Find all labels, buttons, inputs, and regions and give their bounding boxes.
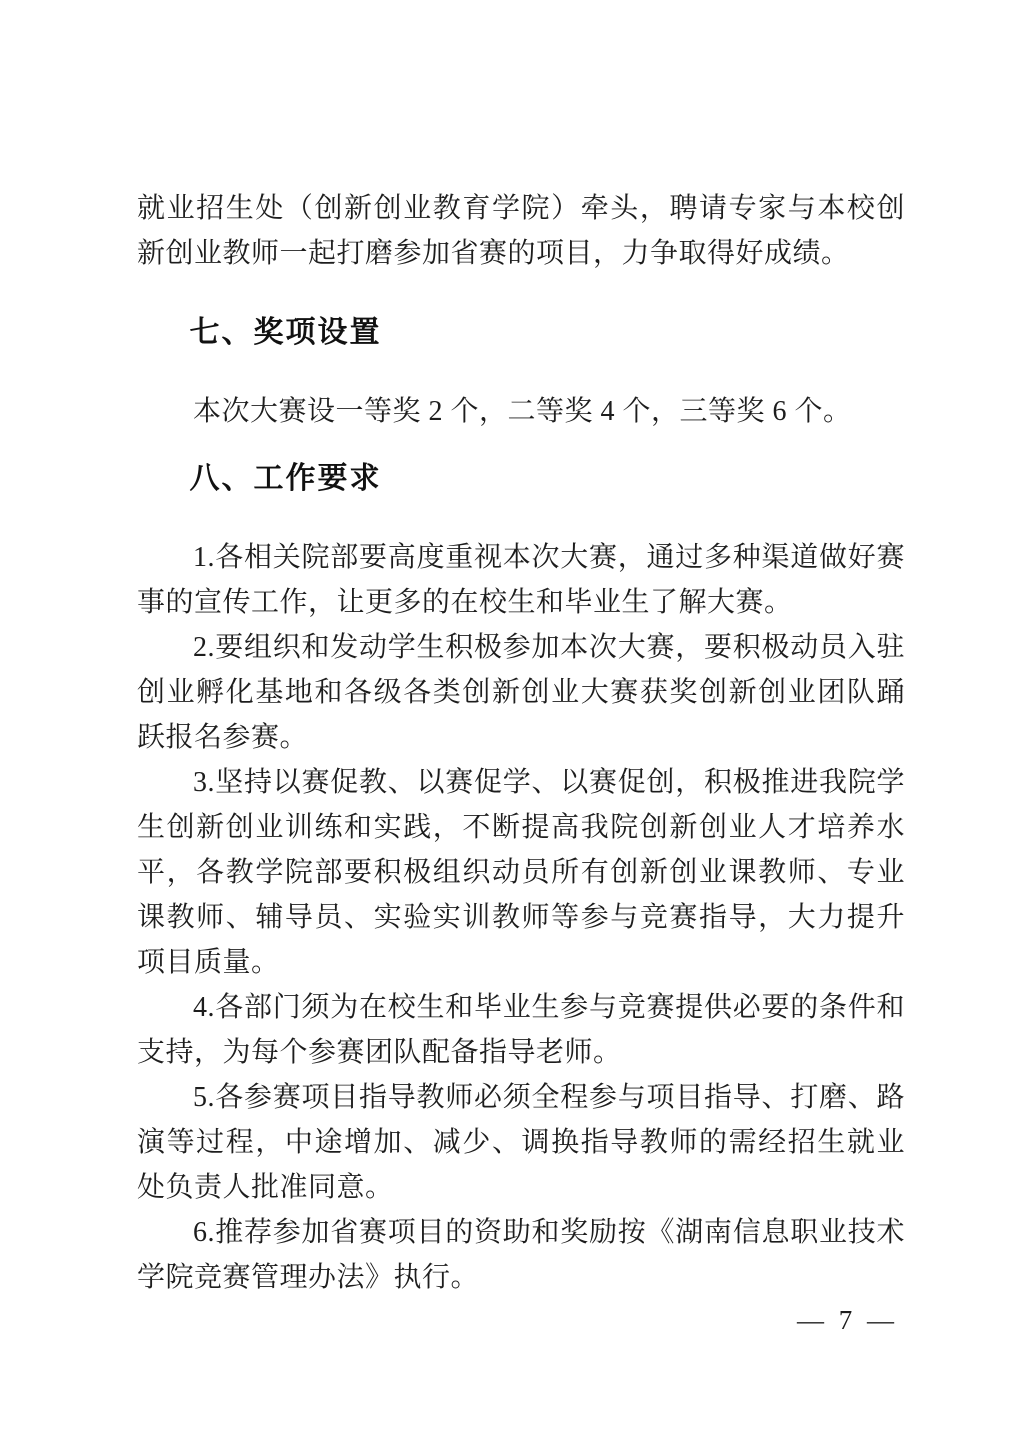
work-requirement-item-3: 3.坚持以赛促教、以赛促学、以赛促创，积极推进我院学生创新创业训练和实践，不断提… <box>137 760 905 985</box>
work-requirement-item-5: 5.各参赛项目指导教师必须全程参与项目指导、打磨、路演等过程，中途增加、减少、调… <box>137 1075 905 1210</box>
section7-body-paragraph: 本次大赛设一等奖 2 个，二等奖 4 个，三等奖 6 个。 <box>137 389 905 434</box>
work-requirement-item-6: 6.推荐参加省赛项目的资助和奖励按《湖南信息职业技术学院竞赛管理办法》执行。 <box>137 1210 905 1300</box>
work-requirement-item-2: 2.要组织和发动学生积极参加本次大赛，要积极动员入驻创业孵化基地和各级各类创新创… <box>137 625 905 760</box>
page-number: — 7 — <box>797 1302 898 1338</box>
work-requirement-item-4: 4.各部门须为在校生和毕业生参与竞赛提供必要的条件和支持，为每个参赛团队配备指导… <box>137 985 905 1075</box>
section-heading-7: 七、奖项设置 <box>137 310 905 355</box>
document-body: 就业招生处（创新创业教育学院）牵头，聘请专家与本校创新创业教师一起打磨参加省赛的… <box>137 186 905 1300</box>
section-heading-8: 八、工作要求 <box>137 456 905 501</box>
continuation-paragraph: 就业招生处（创新创业教育学院）牵头，聘请专家与本校创新创业教师一起打磨参加省赛的… <box>137 186 905 276</box>
work-requirement-item-1: 1.各相关院部要高度重视本次大赛，通过多种渠道做好赛事的宣传工作，让更多的在校生… <box>137 535 905 625</box>
document-page: 就业招生处（创新创业教育学院）牵头，聘请专家与本校创新创业教师一起打磨参加省赛的… <box>0 0 1024 1448</box>
work-requirements-list: 1.各相关院部要高度重视本次大赛，通过多种渠道做好赛事的宣传工作，让更多的在校生… <box>137 535 905 1300</box>
